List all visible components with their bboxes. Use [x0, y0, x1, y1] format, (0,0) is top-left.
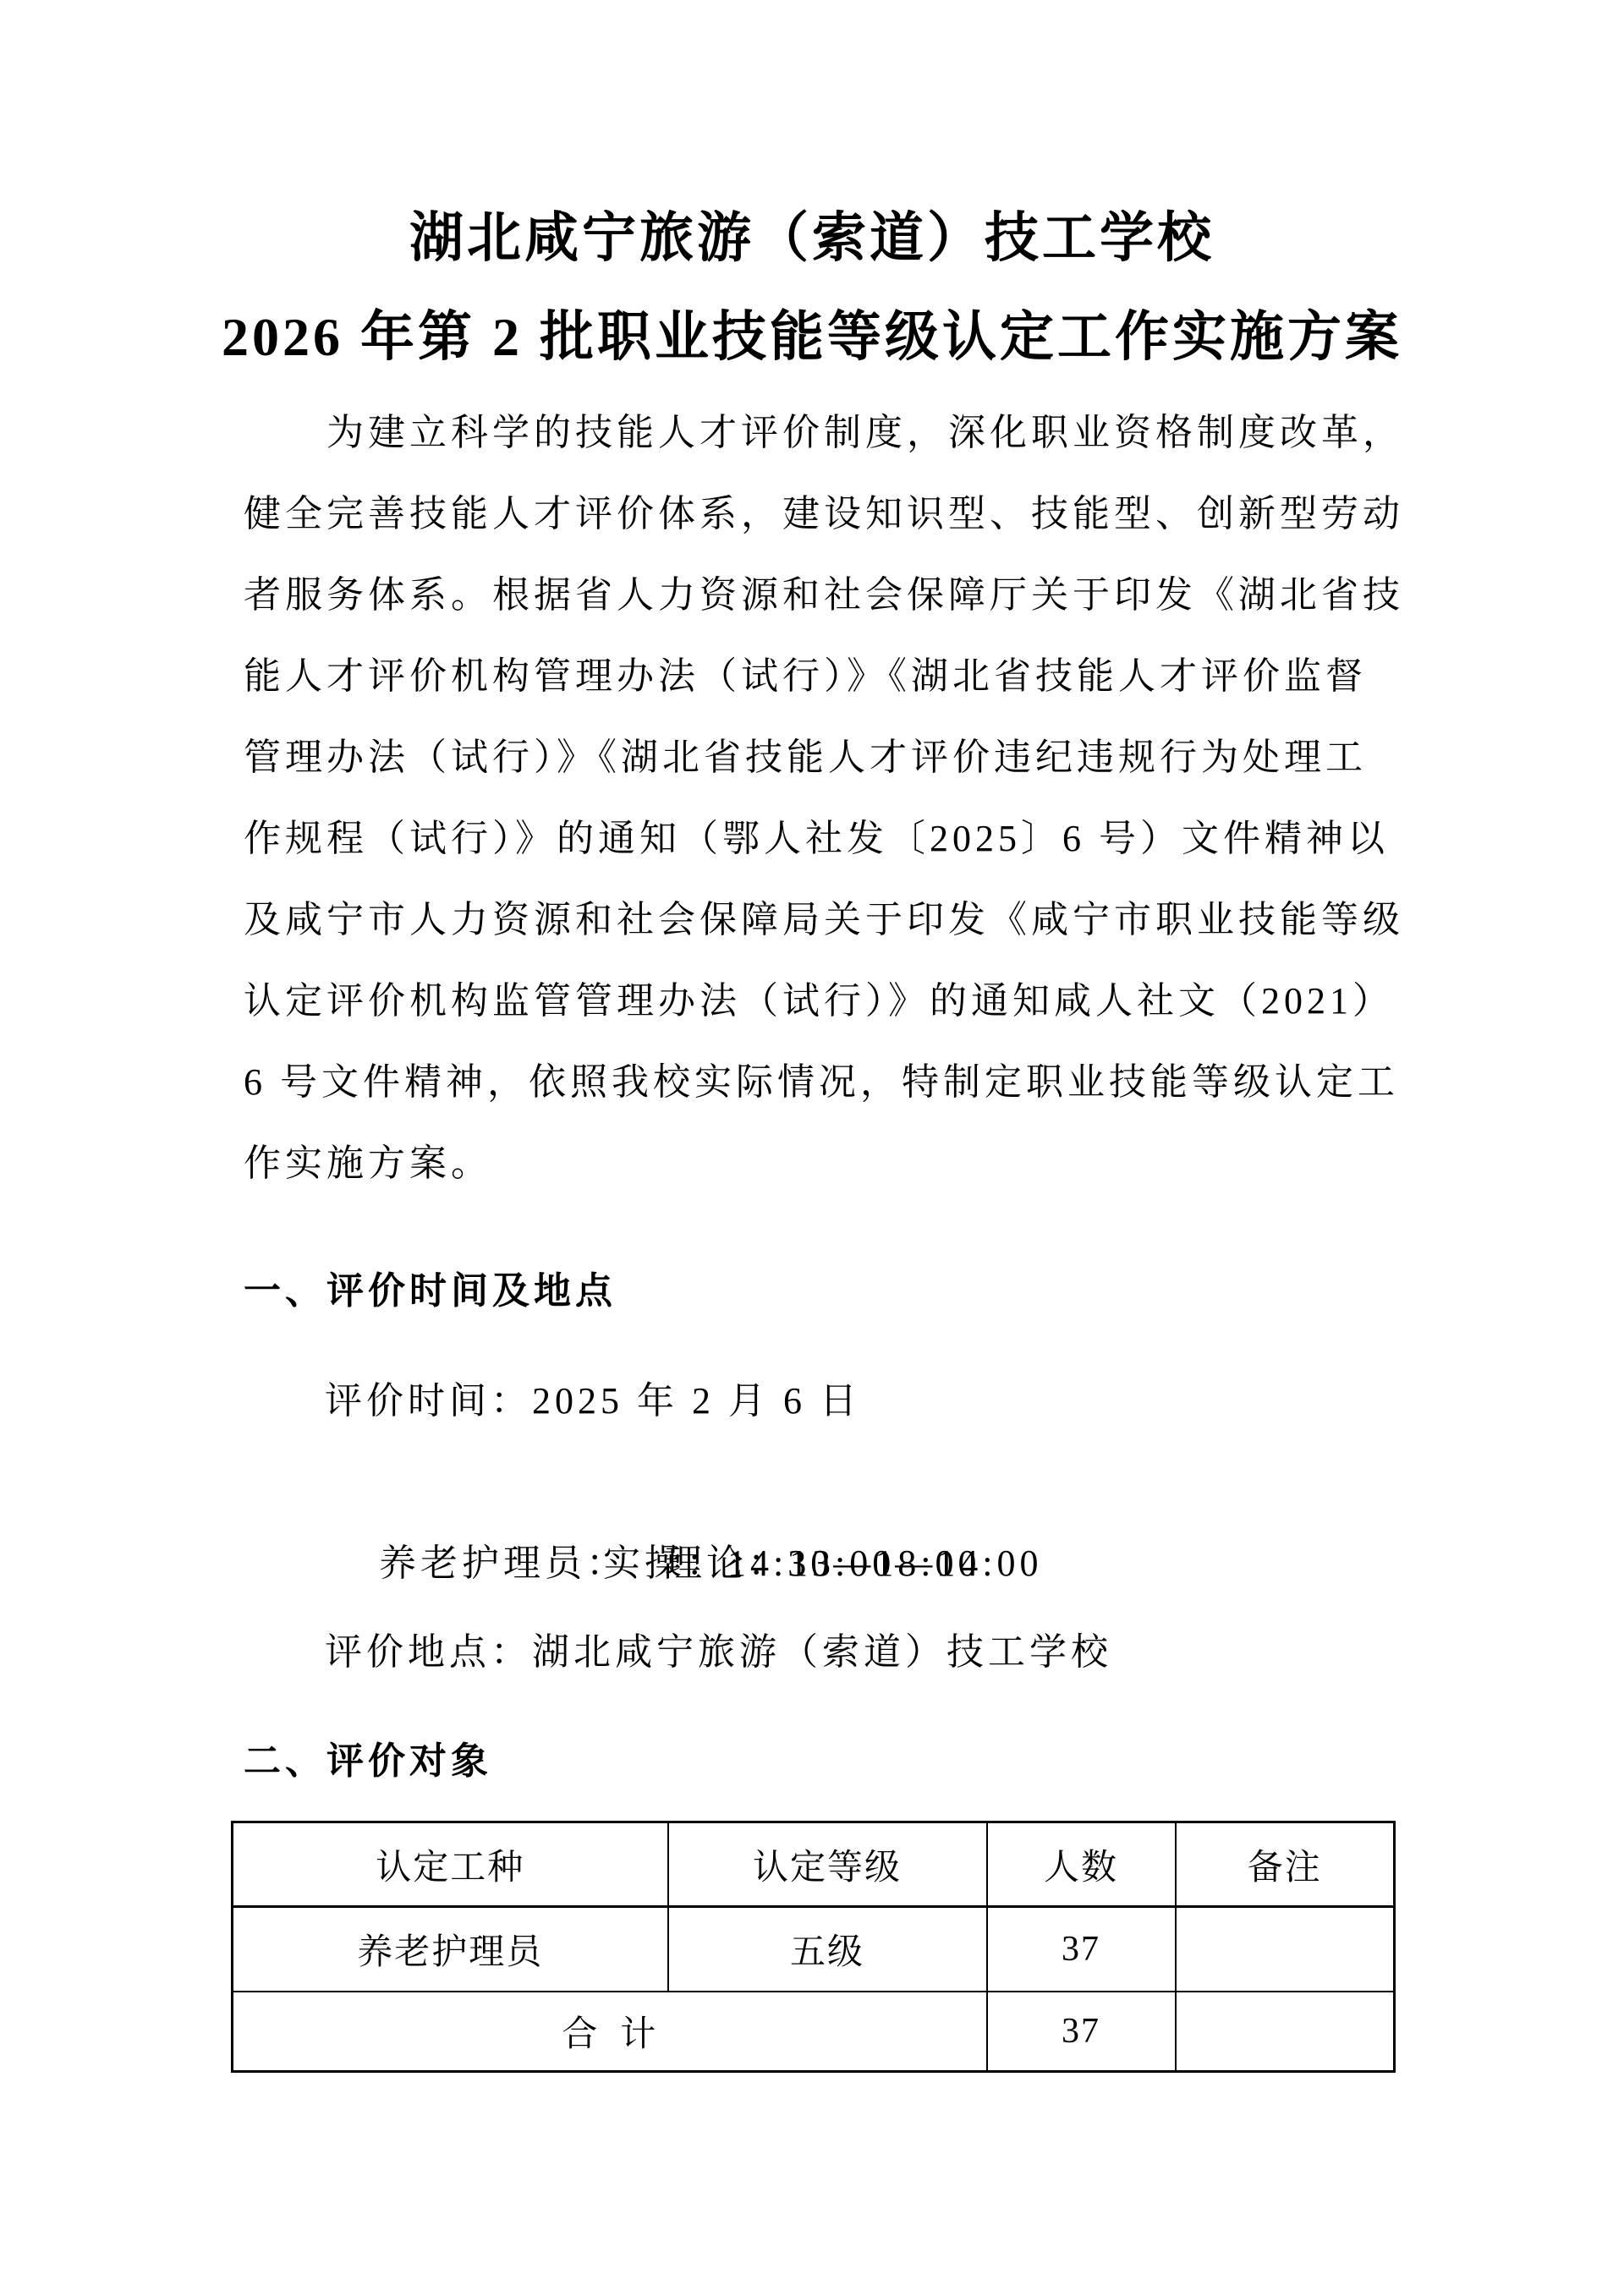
intro-line: 及咸宁市人力资源和社会保障局关于印发《咸宁市职业技能等级	[244, 879, 1428, 961]
intro-line: 为建立科学的技能人才评价制度，深化职业资格制度改革，	[244, 392, 1428, 474]
practice-time-line: 实操：14:30—18:00	[603, 1523, 980, 1604]
intro-line: 作实施方案。	[244, 1123, 1428, 1204]
cell-occupation: 养老护理员	[233, 1907, 668, 1992]
table-row: 养老护理员 五级 37	[233, 1907, 1395, 1992]
doc-title-line1: 湖北咸宁旅游（索道）技工学校	[0, 205, 1624, 272]
cell-total-label: 合 计	[233, 1992, 987, 2072]
doc-title-line2: 2026 年第 2 批职业技能等级认定工作实施方案	[0, 304, 1624, 371]
cell-count: 37	[987, 1907, 1176, 1992]
intro-line: 者服务体系。根据省人力资源和社会保障厅关于印发《湖北省技	[244, 555, 1428, 636]
cell-total-count: 37	[987, 1992, 1176, 2072]
cell-total-note-empty	[1176, 1992, 1395, 2072]
intro-line: 能人才评价机构管理办法（试行）》《湖北省技能人才评价监督	[244, 636, 1428, 717]
section2-heading: 二、评价对象	[244, 1738, 492, 1785]
intro-line: 健全完善技能人才评价体系，建设知识型、技能型、创新型劳动	[244, 474, 1428, 555]
cell-note-empty	[1176, 1907, 1395, 1992]
intro-line: 6 号文件精神，依照我校实际情况，特制定职业技能等级认定工	[244, 1042, 1428, 1123]
header-count: 人数	[987, 1822, 1176, 1907]
table-header-row: 认定工种 认定等级 人数 备注	[233, 1822, 1395, 1907]
section1-heading: 一、评价时间及地点	[244, 1268, 617, 1315]
header-note: 备注	[1176, 1822, 1395, 1907]
intro-line: 管理办法（试行）》《湖北省技能人才评价违纪违规行为处理工	[244, 717, 1428, 798]
worker-label: 养老护理员：	[379, 1543, 628, 1584]
intro-paragraph: 为建立科学的技能人才评价制度，深化职业资格制度改革， 健全完善技能人才评价体系，…	[244, 392, 1428, 1204]
table-total-row: 合 计 37	[233, 1992, 1395, 2072]
cell-level: 五级	[668, 1907, 987, 1992]
header-occupation: 认定工种	[233, 1822, 668, 1907]
evaluation-place-line: 评价地点：湖北咸宁旅游（索道）技工学校	[325, 1612, 1112, 1693]
document-page: 湖北咸宁旅游（索道）技工学校 2026 年第 2 批职业技能等级认定工作实施方案…	[0, 0, 1624, 2296]
evaluation-table: 认定工种 认定等级 人数 备注 养老护理员 五级 37 合 计 37	[231, 1821, 1396, 2073]
intro-line: 认定评价机构监管管理办法（试行）》的通知咸人社文（2021）	[244, 961, 1428, 1042]
header-level: 认定等级	[668, 1822, 987, 1907]
intro-line: 作规程（试行）》的通知（鄂人社发〔2025〕6 号）文件精神以	[244, 798, 1428, 879]
evaluation-time-line: 评价时间：2025 年 2 月 6 日	[325, 1361, 861, 1442]
